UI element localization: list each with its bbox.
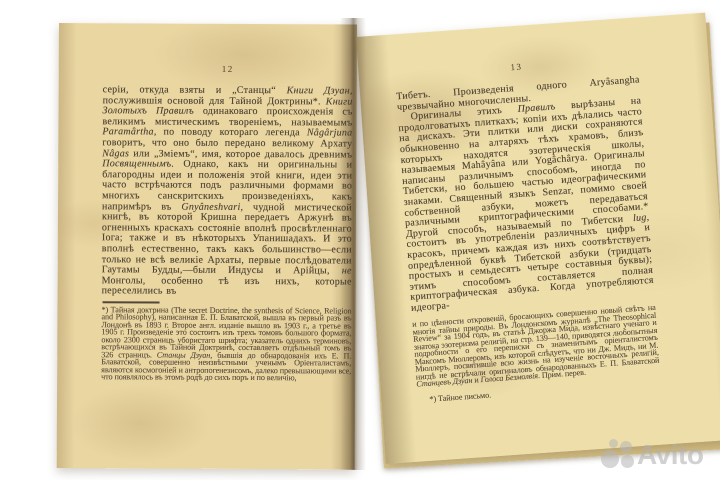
page-left-body: 12 серіи, откуда взяты и „Станцы“ Книги … (57, 23, 357, 470)
footnote-rule (103, 301, 160, 303)
paragraph: *) Тайная доктрина (The secret Doctrine,… (101, 306, 351, 382)
paragraph: серіи, откуда взяты и „Станцы“ Книги Дзу… (102, 85, 353, 298)
right-footnote: и по цѣнности откровеній, бросающихъ сов… (412, 304, 660, 388)
paragraph: и по цѣнности откровеній, бросающихъ сов… (412, 304, 660, 388)
page-right-column: 13 Тибетъ. Произведенія одного Aryâsangh… (394, 53, 661, 404)
left-main-text: серіи, откуда взяты и „Станцы“ Книги Дзу… (102, 85, 353, 298)
right-main-text: Тибетъ. Произведенія одного Aryâsangha ч… (396, 75, 655, 314)
paragraph: Оригиналы этихъ Правилъ вырѣзаны на прод… (397, 96, 654, 314)
book-photo: 12 серіи, откуда взяты и „Станцы“ Книги … (0, 0, 720, 480)
page-right: 13 Тибетъ. Произведенія одного Aryâsangh… (356, 13, 720, 464)
left-footnote: *) Тайная доктрина (The secret Doctrine,… (101, 306, 351, 382)
avito-circle-icon (621, 455, 634, 468)
page-left: 12 серіи, откуда взяты и „Станцы“ Книги … (57, 23, 357, 470)
page-left-column: 12 серіи, откуда взяты и „Станцы“ Книги … (101, 63, 353, 382)
page-number-left: 12 (103, 63, 353, 74)
page-right-body: 13 Тибетъ. Произведенія одного Aryâsangh… (356, 13, 720, 464)
